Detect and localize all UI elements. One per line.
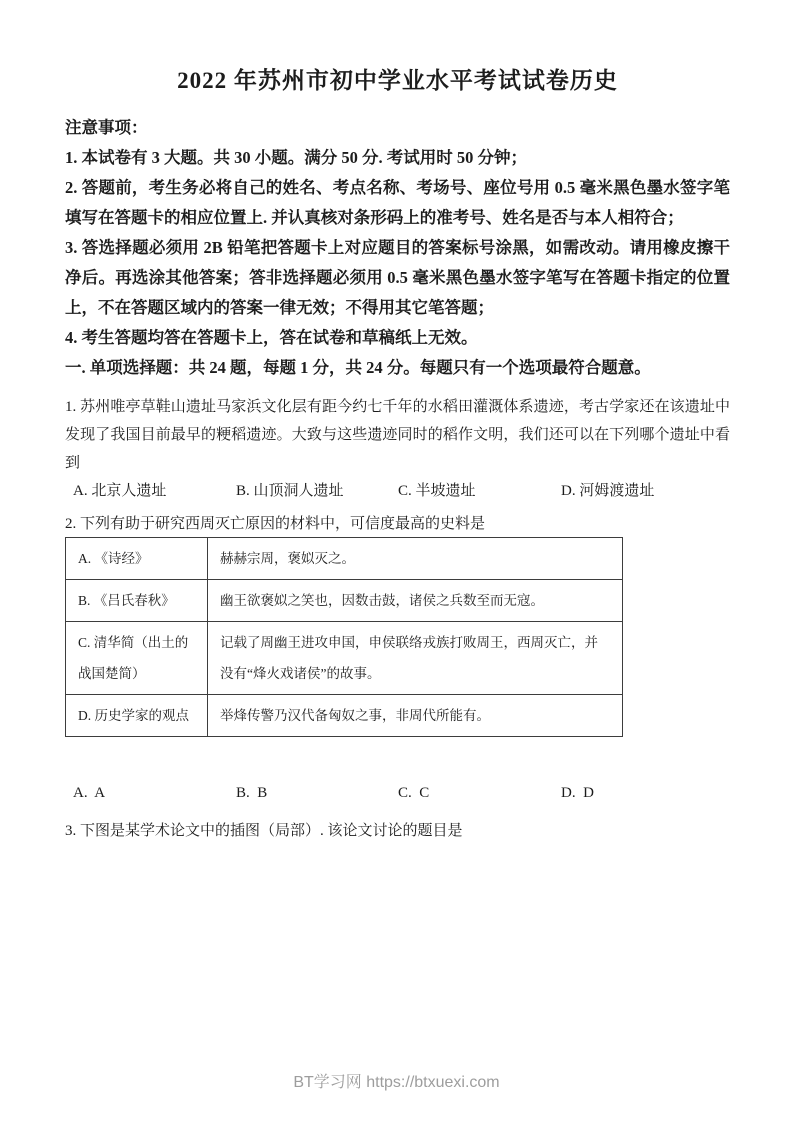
table-row: D. 历史学家的观点 举烽传警乃汉代备匈奴之事，非周代所能有。 <box>66 695 623 737</box>
table-row: B. 《吕氏春秋》 幽王欲褒姒之笑也，因数击鼓，诸侯之兵数至而无寇。 <box>66 580 623 622</box>
notice-section: 注意事项： 1. 本试卷有 3 大题。共 30 小题。满分 50 分. 考试用时… <box>65 113 730 353</box>
table-cell-content: 举烽传警乃汉代备匈奴之事，非周代所能有。 <box>208 695 623 737</box>
table-cell-source: D. 历史学家的观点 <box>66 695 208 737</box>
question-1-text: 1. 苏州唯亭草鞋山遗址马家浜文化层有距今约七千年的水稻田灌溉体系遗迹，考古学家… <box>65 393 730 477</box>
section-one-heading: 一. 单项选择题：共 24 题，每题 1 分，共 24 分。每题只有一个选项最符… <box>65 353 730 383</box>
notice-heading: 注意事项： <box>65 113 730 143</box>
question-1-options: A. 北京人遗址 B. 山顶洞人遗址 C. 半坡遗址 D. 河姆渡遗址 <box>65 477 730 505</box>
question-2-option-b: B. B <box>236 779 398 807</box>
question-1-option-a: A. 北京人遗址 <box>73 477 236 505</box>
question-3-text: 3. 下图是某学术论文中的插图（局部）. 该论文讨论的题目是 <box>65 817 730 845</box>
question-2-option-a: A. A <box>73 779 236 807</box>
question-1-option-d: D. 河姆渡遗址 <box>561 477 730 505</box>
table-cell-content: 赫赫宗周，褒姒灭之。 <box>208 538 623 580</box>
footer-watermark: BT学习网 https://btxuexi.com <box>0 1069 793 1092</box>
question-2-option-c: C. C <box>398 779 561 807</box>
table-cell-source: A. 《诗经》 <box>66 538 208 580</box>
question-1-option-b: B. 山顶洞人遗址 <box>236 477 398 505</box>
question-2-material-table: A. 《诗经》 赫赫宗周，褒姒灭之。 B. 《吕氏春秋》 幽王欲褒姒之笑也，因数… <box>65 537 623 737</box>
notice-item-2: 2. 答题前，考生务必将自己的姓名、考点名称、考场号、座位号用 0.5 毫米黑色… <box>65 173 730 233</box>
notice-item-1: 1. 本试卷有 3 大题。共 30 小题。满分 50 分. 考试用时 50 分钟… <box>65 143 730 173</box>
question-1-option-c: C. 半坡遗址 <box>398 477 561 505</box>
table-cell-source: C. 清华简（出土的战国楚简） <box>66 622 208 695</box>
table-row: C. 清华简（出土的战国楚简） 记载了周幽王进攻申国，申侯联络戎族打败周王，西周… <box>66 622 623 695</box>
exam-paper-page: 2022 年苏州市初中学业水平考试试卷历史 注意事项： 1. 本试卷有 3 大题… <box>0 0 793 1122</box>
table-cell-content: 记载了周幽王进攻申国，申侯联络戎族打败周王，西周灭亡，并没有“烽火戏诸侯”的故事… <box>208 622 623 695</box>
question-2-text: 2. 下列有助于研究西周灭亡原因的材料中，可信度最高的史料是 <box>65 511 730 537</box>
table-row: A. 《诗经》 赫赫宗周，褒姒灭之。 <box>66 538 623 580</box>
table-cell-source: B. 《吕氏春秋》 <box>66 580 208 622</box>
question-2-options: A. A B. B C. C D. D <box>65 779 730 807</box>
notice-item-4: 4. 考生答题均答在答题卡上，答在试卷和草稿纸上无效。 <box>65 323 730 353</box>
page-title: 2022 年苏州市初中学业水平考试试卷历史 <box>65 66 730 96</box>
notice-item-3: 3. 答选择题必须用 2B 铅笔把答题卡上对应题目的答案标号涂黑，如需改动。请用… <box>65 233 730 323</box>
question-2-option-d: D. D <box>561 779 730 807</box>
table-cell-content: 幽王欲褒姒之笑也，因数击鼓，诸侯之兵数至而无寇。 <box>208 580 623 622</box>
